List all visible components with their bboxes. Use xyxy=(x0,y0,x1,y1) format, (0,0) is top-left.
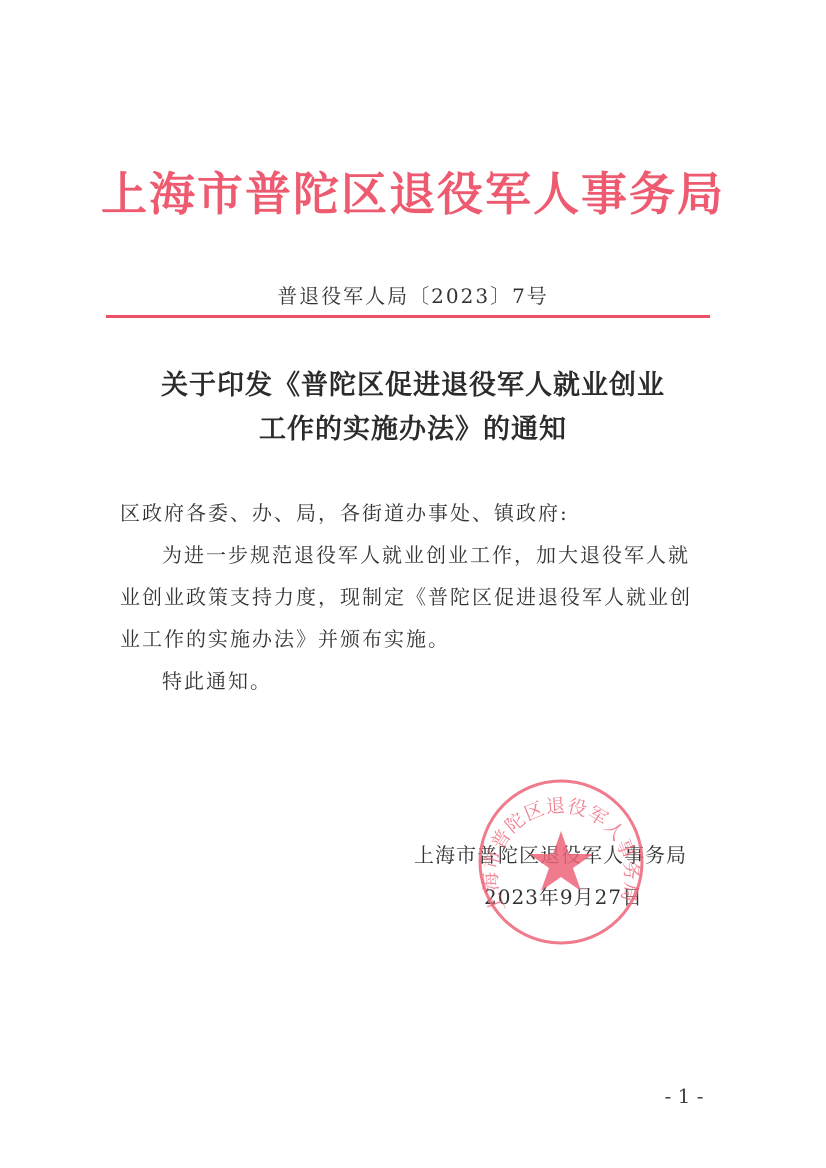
document-number: 普退役军人局〔2023〕7号 xyxy=(0,280,826,312)
body-paragraph: 为进一步规范退役军人就业创业工作，加大退役军人就业创业政策支持力度，现制定《普陀… xyxy=(120,534,710,660)
closing-line: 特此通知。 xyxy=(120,660,710,702)
official-seal-icon: 上海市普陀区退役军人事务局 xyxy=(476,777,646,947)
star-icon xyxy=(529,831,593,891)
salutation: 区政府各委、办、局，各街道办事处、镇政府: xyxy=(120,492,710,534)
page-number: - 1 - xyxy=(654,1084,714,1108)
document-page: 上海市普陀区退役军人事务局 普退役军人局〔2023〕7号 关于印发《普陀区促进退… xyxy=(0,0,826,1168)
document-body: 区政府各委、办、局，各街道办事处、镇政府: 为进一步规范退役军人就业创业工作，加… xyxy=(120,492,710,702)
title-line-1: 关于印发《普陀区促进退役军人就业创业 xyxy=(0,364,826,408)
red-divider-line xyxy=(106,315,710,318)
document-title: 关于印发《普陀区促进退役军人就业创业 工作的实施办法》的通知 xyxy=(0,364,826,452)
title-line-2: 工作的实施办法》的通知 xyxy=(0,408,826,452)
issuer-masthead: 上海市普陀区退役军人事务局 xyxy=(0,162,826,226)
